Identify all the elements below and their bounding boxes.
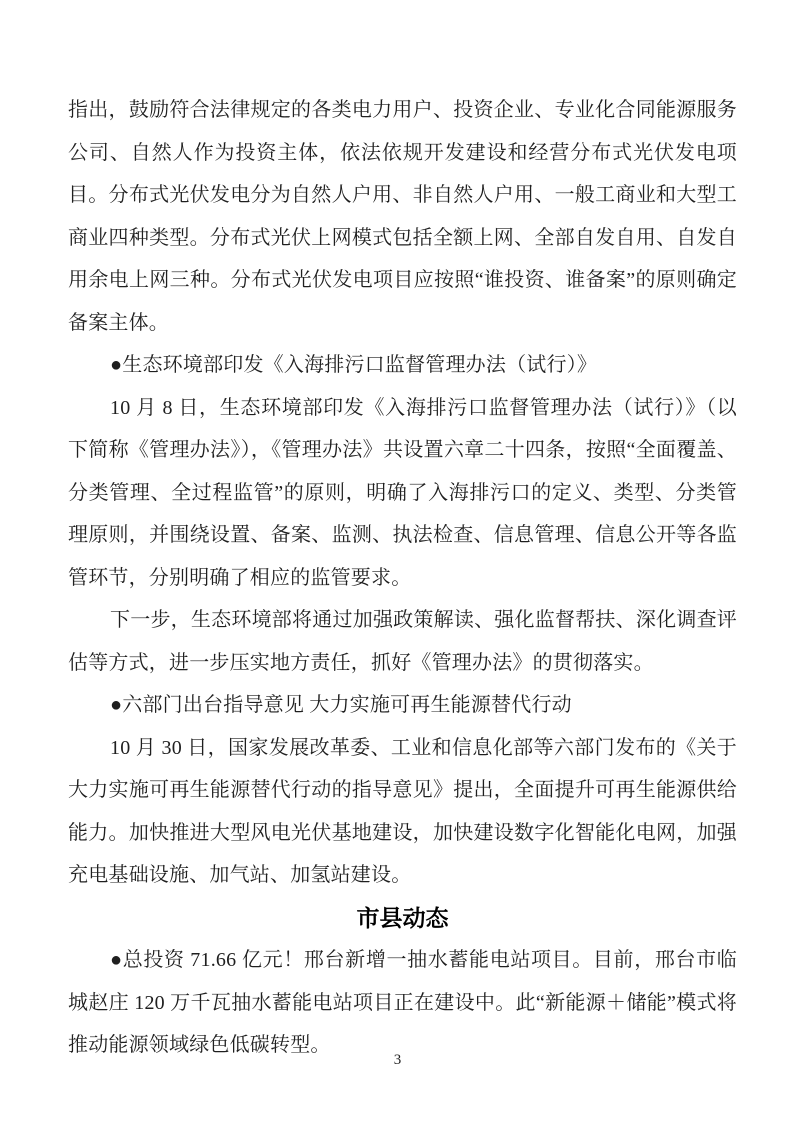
document-page: 指出，鼓励符合法律规定的各类电力用户、投资企业、专业化合同能源服务公司、自然人作… xyxy=(0,0,795,1127)
bullet-headline-renewable-guidance: ●六部门出台指导意见 大力实施可再生能源替代行动 xyxy=(68,684,737,727)
paragraph-mee-next-steps: 下一步，生态环境部将通过加强政策解读、强化监督帮扶、深化调查评估等方式，进一步压… xyxy=(68,599,737,684)
bullet-headline-mee-measures: ●生态环境部印发《入海排污口监督管理办法（试行）》 xyxy=(68,344,737,387)
document-body: 指出，鼓励符合法律规定的各类电力用户、投资企业、专业化合同能源服务公司、自然人作… xyxy=(68,89,737,1067)
paragraph-distributed-pv: 指出，鼓励符合法律规定的各类电力用户、投资企业、专业化合同能源服务公司、自然人作… xyxy=(68,89,737,344)
paragraph-mee-measures-detail: 10 月 8 日，生态环境部印发《入海排污口监督管理办法（试行）》（以下简称《管… xyxy=(68,387,737,600)
paragraph-renewable-guidance-detail: 10 月 30 日，国家发展改革委、工业和信息化部等六部门发布的《关于大力实施可… xyxy=(68,727,737,897)
page-number: 3 xyxy=(0,1051,795,1069)
paragraph-xingtai-pumped-storage: ●总投资 71.66 亿元！邢台新增一抽水蓄能电站项目。目前，邢台市临城赵庄 1… xyxy=(68,939,737,1067)
section-heading-city-county-news: 市县动态 xyxy=(68,897,737,940)
